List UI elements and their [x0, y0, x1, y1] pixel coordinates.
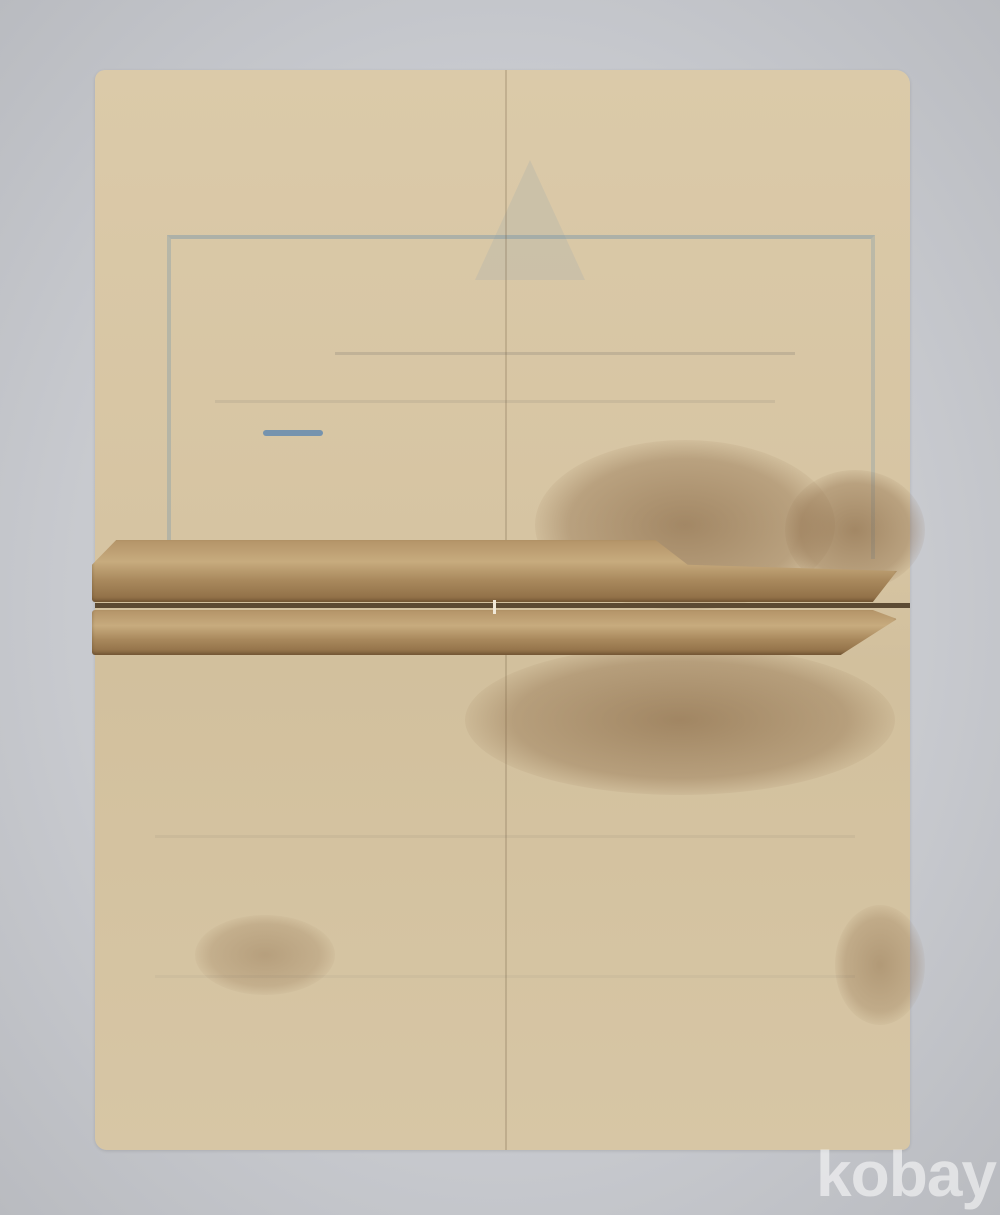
paper-document	[95, 70, 910, 1150]
faint-text-line	[155, 975, 855, 978]
blue-ink-mark	[263, 430, 323, 436]
kobay-watermark: kobay	[816, 1137, 996, 1211]
faint-text-line	[335, 352, 795, 355]
repair-tape-lower	[92, 610, 897, 655]
fold-gap	[95, 603, 910, 608]
water-stain	[195, 915, 335, 995]
water-stain	[465, 645, 895, 795]
vertical-fold-crease	[505, 70, 507, 540]
document-top-half	[95, 70, 910, 575]
water-stain	[835, 905, 925, 1025]
document-bottom-half	[95, 645, 910, 1150]
faint-text-line	[155, 835, 855, 838]
tape-tear	[493, 600, 496, 614]
faint-text-line	[215, 400, 775, 403]
